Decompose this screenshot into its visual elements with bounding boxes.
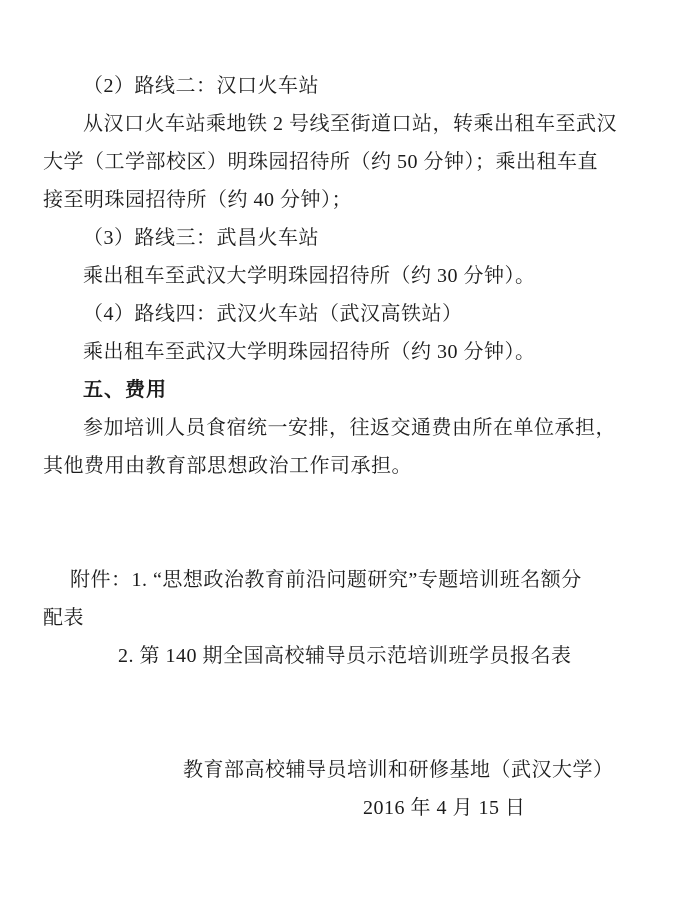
route-3-body: 乘出租车至武汉大学明珠园招待所（约 30 分钟）。 (43, 257, 649, 295)
fees-body: 参加培训人员食宿统一安排，往返交通费由所在单位承担， 其他费用由教育部思想政治工… (43, 409, 649, 485)
signature-organization: 教育部高校辅导员培训和研修基地（武汉大学） (183, 751, 649, 789)
route-2-title: （2）路线二：汉口火车站 (43, 67, 649, 105)
section-heading-fees: 五、费用 (43, 371, 649, 409)
route-3-title: （3）路线三：武昌火车站 (43, 219, 649, 257)
signature-date: 2016 年 4 月 15 日 (363, 789, 649, 827)
route-2-body: 从汉口火车站乘地铁 2 号线至街道口站，转乘出租车至武汉 大学（工学部校区）明珠… (43, 105, 649, 219)
document-page: （2）路线二：汉口火车站 从汉口火车站乘地铁 2 号线至街道口站，转乘出租车至武… (0, 0, 681, 907)
route-4-body: 乘出租车至武汉大学明珠园招待所（约 30 分钟）。 (43, 333, 649, 371)
attachments-block: 附件：1. “思想政治教育前沿问题研究”专题培训班名额分 配表 2. 第 140… (43, 561, 649, 675)
route-4-title: （4）路线四：武汉火车站（武汉高铁站） (43, 295, 649, 333)
signature-block: 教育部高校辅导员培训和研修基地（武汉大学） 2016 年 4 月 15 日 (43, 751, 649, 827)
attachment-item-2: 2. 第 140 期全国高校辅导员示范培训班学员报名表 (118, 637, 649, 675)
attachment-item-1: 附件：1. “思想政治教育前沿问题研究”专题培训班名额分 配表 (43, 561, 649, 637)
